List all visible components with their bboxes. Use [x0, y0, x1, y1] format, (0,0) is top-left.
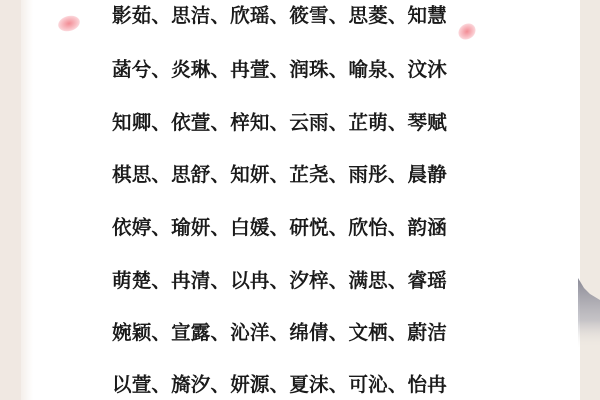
name-item: 以冉 — [230, 269, 269, 292]
name-item: 冉萱 — [230, 58, 269, 81]
name-item: 云雨 — [289, 111, 328, 134]
name-item: 影茹 — [112, 4, 151, 27]
separator: 、 — [329, 373, 349, 396]
separator: 、 — [151, 373, 171, 396]
names-row: 棋思、思舒、知妍、芷尧、雨彤、晨静 — [112, 163, 492, 187]
name-item: 文栖 — [348, 321, 387, 344]
name-item: 梓知 — [230, 111, 269, 134]
separator: 、 — [388, 163, 408, 186]
name-item: 知妍 — [230, 163, 269, 186]
name-item: 满思 — [348, 269, 387, 292]
separator: 、 — [270, 4, 290, 27]
name-item: 喻泉 — [348, 58, 387, 81]
name-item: 欣怡 — [348, 216, 387, 239]
names-list: 影茹、思洁、欣瑶、筱雪、思菱、知慧 菡兮、炎琳、冉萱、润珠、喻泉、汶沐 知卿、依… — [0, 0, 600, 400]
separator: 、 — [329, 111, 349, 134]
separator: 、 — [388, 4, 408, 27]
name-item: 思菱 — [348, 4, 387, 27]
separator: 、 — [270, 321, 290, 344]
names-row: 以萱、旖汐、妍源、夏沫、可沁、怡冉 — [112, 373, 492, 397]
name-item: 以萱 — [112, 373, 151, 396]
separator: 、 — [151, 163, 171, 186]
separator: 、 — [270, 373, 290, 396]
separator: 、 — [329, 216, 349, 239]
separator: 、 — [270, 58, 290, 81]
separator: 、 — [329, 163, 349, 186]
name-item: 萌楚 — [112, 269, 151, 292]
separator: 、 — [151, 321, 171, 344]
separator: 、 — [211, 163, 231, 186]
separator: 、 — [211, 373, 231, 396]
name-item: 芷尧 — [289, 163, 328, 186]
name-item: 韵涵 — [408, 216, 447, 239]
name-item: 思洁 — [171, 4, 210, 27]
name-item: 蔚洁 — [408, 321, 447, 344]
separator: 、 — [211, 58, 231, 81]
name-item: 菡兮 — [112, 58, 151, 81]
separator: 、 — [151, 216, 171, 239]
separator: 、 — [329, 58, 349, 81]
name-item: 怡冉 — [408, 373, 447, 396]
separator: 、 — [270, 216, 290, 239]
names-row: 萌楚、冉清、以冉、汐梓、满思、睿瑶 — [112, 269, 492, 293]
separator: 、 — [151, 269, 171, 292]
name-item: 雨彤 — [348, 163, 387, 186]
name-item: 可沁 — [348, 373, 387, 396]
name-item: 汶沐 — [408, 58, 447, 81]
separator: 、 — [211, 111, 231, 134]
name-item: 欣瑶 — [230, 4, 269, 27]
separator: 、 — [388, 58, 408, 81]
name-item: 晨静 — [408, 163, 447, 186]
name-item: 知卿 — [112, 111, 151, 134]
separator: 、 — [388, 269, 408, 292]
separator: 、 — [270, 269, 290, 292]
separator: 、 — [329, 269, 349, 292]
name-item: 沁洋 — [230, 321, 269, 344]
name-item: 依萱 — [171, 111, 210, 134]
name-item: 润珠 — [289, 58, 328, 81]
separator: 、 — [151, 111, 171, 134]
name-item: 思舒 — [171, 163, 210, 186]
name-item: 筱雪 — [289, 4, 328, 27]
separator: 、 — [211, 269, 231, 292]
separator: 、 — [211, 4, 231, 27]
separator: 、 — [151, 58, 171, 81]
names-row: 婉颖、宣露、沁洋、绵倩、文栖、蔚洁 — [112, 321, 492, 345]
name-item: 芷萌 — [348, 111, 387, 134]
names-row: 知卿、依萱、梓知、云雨、芷萌、琴赋 — [112, 111, 492, 135]
name-item: 冉清 — [171, 269, 210, 292]
name-item: 婉颖 — [112, 321, 151, 344]
separator: 、 — [388, 373, 408, 396]
names-row: 影茹、思洁、欣瑶、筱雪、思菱、知慧 — [112, 4, 492, 28]
name-item: 旖汐 — [171, 373, 210, 396]
names-row: 菡兮、炎琳、冉萱、润珠、喻泉、汶沐 — [112, 58, 492, 82]
name-item: 睿瑶 — [408, 269, 447, 292]
name-item: 妍源 — [230, 373, 269, 396]
name-item: 知慧 — [408, 4, 447, 27]
name-item: 琴赋 — [408, 111, 447, 134]
separator: 、 — [329, 321, 349, 344]
separator: 、 — [270, 111, 290, 134]
name-item: 炎琳 — [171, 58, 210, 81]
separator: 、 — [211, 321, 231, 344]
name-item: 宣露 — [171, 321, 210, 344]
name-item: 夏沫 — [289, 373, 328, 396]
name-item: 研悦 — [289, 216, 328, 239]
name-item: 依婷 — [112, 216, 151, 239]
name-item: 棋思 — [112, 163, 151, 186]
separator: 、 — [388, 321, 408, 344]
separator: 、 — [388, 111, 408, 134]
name-item: 绵倩 — [289, 321, 328, 344]
separator: 、 — [211, 216, 231, 239]
name-item: 汐梓 — [289, 269, 328, 292]
names-row: 依婷、瑜妍、白媛、研悦、欣怡、韵涵 — [112, 216, 492, 240]
name-item: 瑜妍 — [171, 216, 210, 239]
separator: 、 — [151, 4, 171, 27]
name-item: 白媛 — [230, 216, 269, 239]
separator: 、 — [329, 4, 349, 27]
separator: 、 — [270, 163, 290, 186]
separator: 、 — [388, 216, 408, 239]
